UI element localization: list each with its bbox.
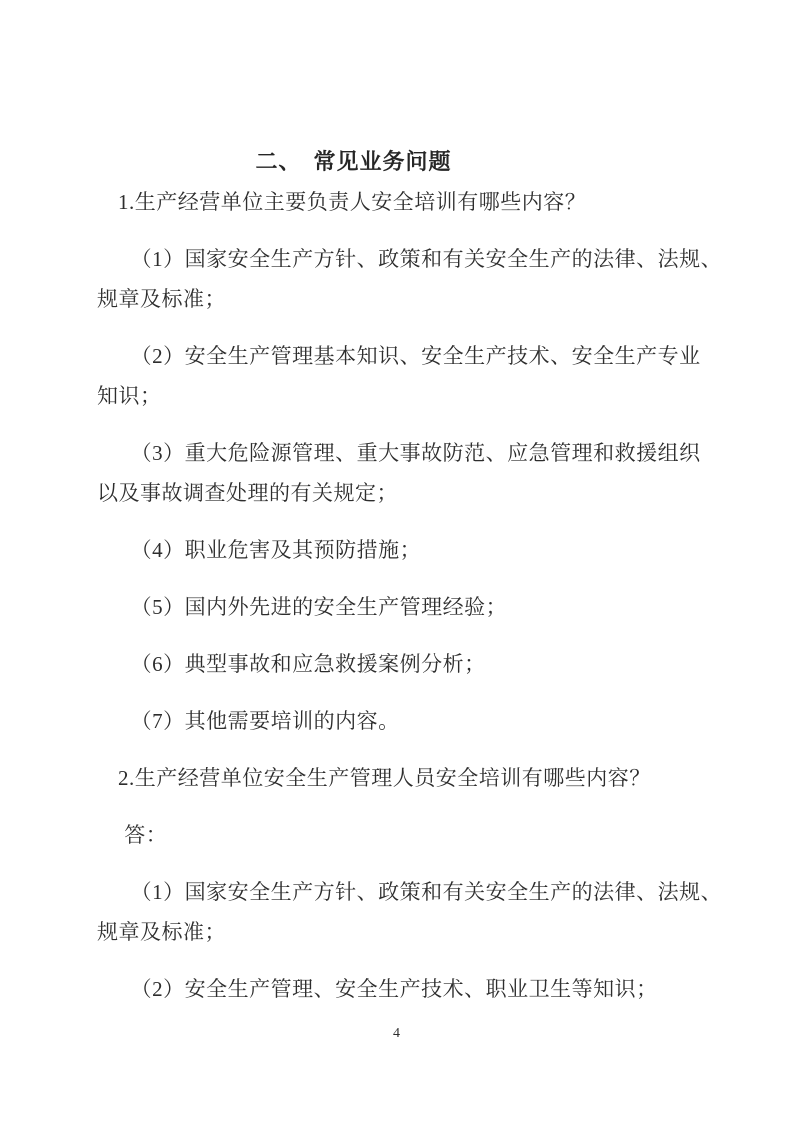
page-number: 4	[0, 1024, 793, 1044]
paragraph-line: （2）安全生产管理基本知识、安全生产技术、安全生产专业	[97, 336, 694, 376]
paragraph-line: （3）重大危险源管理、重大事故防范、应急管理和救援组织	[97, 433, 694, 473]
paragraph-line: （7）其他需要培训的内容。	[97, 701, 694, 741]
paragraph-line: （5）国内外先进的安全生产管理经验；	[97, 587, 694, 627]
paragraph-line: 1.生产经营单位主要负责人安全培训有哪些内容？	[97, 182, 694, 222]
paragraph-item: （5）国内外先进的安全生产管理经验；	[97, 587, 694, 627]
paragraph-item: （2）安全生产管理、安全生产技术、职业卫生等知识；	[97, 969, 694, 1009]
page-title: 二、 常见业务问题	[97, 147, 610, 177]
paragraph-line: （6）典型事故和应急救援案例分析；	[97, 644, 694, 684]
paragraph-line: 2.生产经营单位安全生产管理人员安全培训有哪些内容？	[97, 758, 694, 798]
paragraph-line: 答：	[97, 815, 694, 855]
paragraph-line: 规章及标准；	[97, 279, 694, 319]
paragraph-line: （1）国家安全生产方针、政策和有关安全生产的法律、法规、	[97, 872, 694, 912]
paragraph-line: （2）安全生产管理、安全生产技术、职业卫生等知识；	[97, 969, 694, 1009]
paragraph-question: 1.生产经营单位主要负责人安全培训有哪些内容？	[97, 182, 694, 222]
paragraph-item: （3）重大危险源管理、重大事故防范、应急管理和救援组织以及事故调查处理的有关规定…	[97, 433, 694, 513]
document-body: 1.生产经营单位主要负责人安全培训有哪些内容？（1）国家安全生产方针、政策和有关…	[97, 182, 694, 1009]
document-page: 二、 常见业务问题 1.生产经营单位主要负责人安全培训有哪些内容？（1）国家安全…	[0, 0, 793, 1122]
paragraph-item: （1）国家安全生产方针、政策和有关安全生产的法律、法规、规章及标准；	[97, 239, 694, 319]
paragraph-line: （4）职业危害及其预防措施；	[97, 530, 694, 570]
paragraph-line: （1）国家安全生产方针、政策和有关安全生产的法律、法规、	[97, 239, 694, 279]
paragraph-item: （2）安全生产管理基本知识、安全生产技术、安全生产专业知识；	[97, 336, 694, 416]
paragraph-item: （1）国家安全生产方针、政策和有关安全生产的法律、法规、规章及标准；	[97, 872, 694, 952]
paragraph-item: （4）职业危害及其预防措施；	[97, 530, 694, 570]
paragraph-item: （6）典型事故和应急救援案例分析；	[97, 644, 694, 684]
paragraph-line: 规章及标准；	[97, 912, 694, 952]
paragraph-line: 以及事故调查处理的有关规定；	[97, 473, 694, 513]
paragraph-line: 知识；	[97, 376, 694, 416]
paragraph-question: 2.生产经营单位安全生产管理人员安全培训有哪些内容？	[97, 758, 694, 798]
paragraph-item: （7）其他需要培训的内容。	[97, 701, 694, 741]
paragraph-answer: 答：	[97, 815, 694, 855]
